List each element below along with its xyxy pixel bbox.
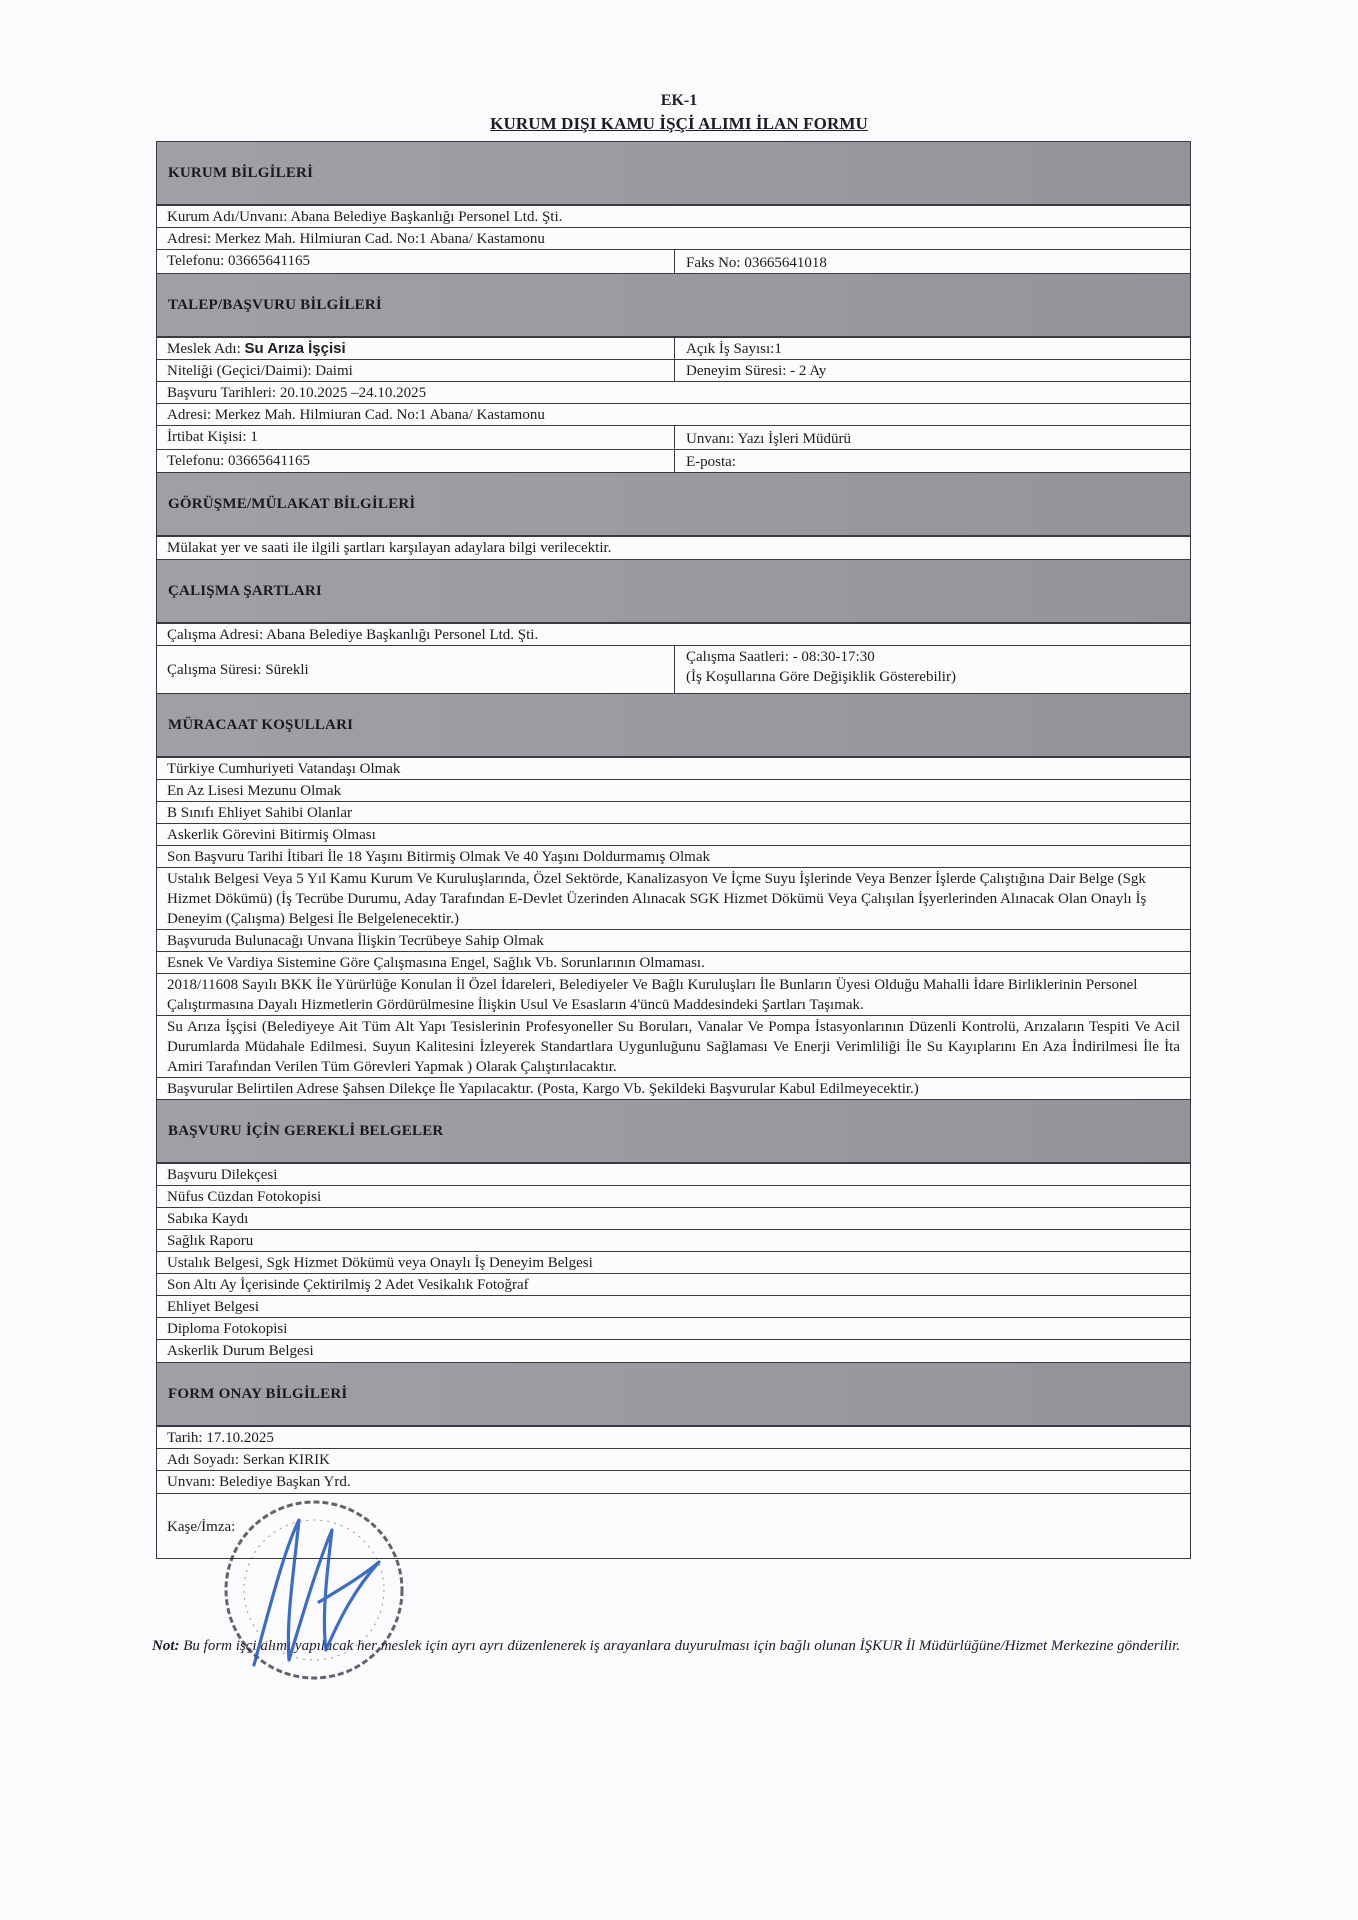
document-text: Sağlık Raporu [157,1230,1190,1251]
trial-period: Deneyim Süresi: - 2 Ay [675,360,1190,381]
document-text: Askerlik Durum Belgesi [157,1340,1190,1362]
section-request-info: TALEP/BAŞVURU BİLGİLERİ [157,274,1190,338]
request-address: Adresi: Merkez Mah. Hilmiuran Cad. No:1 … [157,404,1190,425]
approver-title: Unvanı: Belediye Başkan Yrd. [157,1471,1190,1493]
work-hours: Çalışma Saatleri: - 08:30-17:30 (İş Koşu… [675,646,1190,693]
institution-fax: Faks No: 03665641018 [675,250,1190,273]
requirement-text: Başvurular Belirtilen Adrese Şahsen Dile… [157,1078,1190,1099]
contact-person: İrtibat Kişisi: 1 [157,426,675,449]
institution-phone: Telefonu: 03665641165 [157,250,675,273]
profession-row: Meslek Adı: Su Arıza İşçisi Açık İş Sayı… [157,338,1190,360]
requirement-item: 2018/11608 Sayılı BKK İle Yürürlüğe Konu… [157,974,1190,1016]
document-text: Son Altı Ay İçerisinde Çektirilmiş 2 Ade… [157,1274,1190,1295]
requirement-text: 2018/11608 Sayılı BKK İle Yürürlüğe Konu… [157,974,1190,1015]
institution-address: Adresi: Merkez Mah. Hilmiuran Cad. No:1 … [157,228,1190,249]
approver-title-row: Unvanı: Belediye Başkan Yrd. [157,1471,1190,1494]
requirement-item: Son Başvuru Tarihi İtibari İle 18 Yaşını… [157,846,1190,868]
requirement-item: B Sınıfı Ehliyet Sahibi Olanlar [157,802,1190,824]
interview-text: Mülakat yer ve saati ile ilgili şartları… [157,537,1190,559]
footer-note: Not: Bu form işçi alımı yapılacak her me… [152,1636,1192,1656]
seal-signature-label: Kaşe/İmza: [157,1516,1190,1537]
requirement-text: Ustalık Belgesi Veya 5 Yıl Kamu Kurum Ve… [157,868,1190,929]
section-institution-info: KURUM BİLGİLERİ [157,142,1190,206]
requirement-text: Türkiye Cumhuriyeti Vatandaşı Olmak [157,758,1190,779]
application-dates-row: Başvuru Tarihleri: 20.10.2025 –24.10.202… [157,382,1190,404]
document-item: Diploma Fotokopisi [157,1318,1190,1340]
document-text: Ehliyet Belgesi [157,1296,1190,1317]
work-address-row: Çalışma Adresi: Abana Belediye Başkanlığ… [157,624,1190,646]
open-positions: Açık İş Sayısı:1 [675,338,1190,359]
application-dates: Başvuru Tarihleri: 20.10.2025 –24.10.202… [157,382,1190,403]
section-interview-info: GÖRÜŞME/MÜLAKAT BİLGİLERİ [157,473,1190,537]
requirement-item: Başvurular Belirtilen Adrese Şahsen Dile… [157,1078,1190,1100]
requirement-item: Ustalık Belgesi Veya 5 Yıl Kamu Kurum Ve… [157,868,1190,930]
approval-date: Tarih: 17.10.2025 [157,1427,1190,1448]
institution-name: Kurum Adı/Unvanı: Abana Belediye Başkanl… [157,206,1190,227]
document-item: Askerlik Durum Belgesi [157,1340,1190,1363]
requirement-item: Su Arıza İşçisi (Belediyeye Ait Tüm Alt … [157,1016,1190,1078]
approval-date-row: Tarih: 17.10.2025 [157,1427,1190,1449]
work-address: Çalışma Adresi: Abana Belediye Başkanlığ… [157,624,1190,645]
form-title: KURUM DIŞI KAMU İŞÇİ ALIMI İLAN FORMU [0,114,1358,134]
announcement-form: KURUM BİLGİLERİ Kurum Adı/Unvanı: Abana … [156,141,1191,1559]
section-application-requirements: MÜRACAAT KOŞULLARI [157,694,1190,758]
annex-label: EK-1 [0,92,1358,110]
document-item: Ehliyet Belgesi [157,1296,1190,1318]
section-required-documents: BAŞVURU İÇİN GEREKLİ BELGELER [157,1100,1190,1164]
request-address-row: Adresi: Merkez Mah. Hilmiuran Cad. No:1 … [157,404,1190,426]
document-text: Diploma Fotokopisi [157,1318,1190,1339]
document-text: Ustalık Belgesi, Sgk Hizmet Dökümü veya … [157,1252,1190,1273]
profession-label: Meslek Adı: [167,341,245,357]
requirement-item: Türkiye Cumhuriyeti Vatandaşı Olmak [157,758,1190,780]
note-text: Bu form işçi alımı yapılacak her meslek … [180,1638,1181,1654]
document-text: Nüfus Cüzdan Fotokopisi [157,1186,1190,1207]
request-email: E-posta: [675,450,1190,472]
requirement-item: En Az Lisesi Mezunu Olmak [157,780,1190,802]
requirement-text: Askerlik Görevini Bitirmiş Olması [157,824,1190,845]
document-item: Sabıka Kaydı [157,1208,1190,1230]
requirement-text: En Az Lisesi Mezunu Olmak [157,780,1190,801]
request-phone: Telefonu: 03665641165 [157,450,675,472]
seal-signature-row: Kaşe/İmza: [157,1494,1190,1558]
contact-title: Unvanı: Yazı İşleri Müdürü [675,426,1190,449]
document-item: Son Altı Ay İçerisinde Çektirilmiş 2 Ade… [157,1274,1190,1296]
requirement-text: Son Başvuru Tarihi İtibari İle 18 Yaşını… [157,846,1190,867]
contact-person-row: İrtibat Kişisi: 1 Unvanı: Yazı İşleri Mü… [157,426,1190,450]
institution-address-row: Adresi: Merkez Mah. Hilmiuran Cad. No:1 … [157,228,1190,250]
document-item: Başvuru Dilekçesi [157,1164,1190,1186]
document-item: Ustalık Belgesi, Sgk Hizmet Dökümü veya … [157,1252,1190,1274]
profession: Meslek Adı: Su Arıza İşçisi [157,338,675,359]
work-hours-value: Çalışma Saatleri: - 08:30-17:30 [686,647,1180,667]
requirement-item: Esnek Ve Vardiya Sistemine Göre Çalışmas… [157,952,1190,974]
nature-row: Niteliği (Geçici/Daimi): Daimi Deneyim S… [157,360,1190,382]
approver-name: Adı Soyadı: Serkan KIRIK [157,1449,1190,1470]
institution-name-row: Kurum Adı/Unvanı: Abana Belediye Başkanl… [157,206,1190,228]
section-form-approval: FORM ONAY BİLGİLERİ [157,1363,1190,1427]
section-working-conditions: ÇALIŞMA ŞARTLARI [157,560,1190,624]
requirement-text: Esnek Ve Vardiya Sistemine Göre Çalışmas… [157,952,1190,973]
profession-value: Su Arıza İşçisi [245,340,346,357]
job-nature: Niteliği (Geçici/Daimi): Daimi [157,360,675,381]
requirement-text: Su Arıza İşçisi (Belediyeye Ait Tüm Alt … [157,1016,1190,1077]
work-duration-row: Çalışma Süresi: Sürekli Çalışma Saatleri… [157,646,1190,694]
work-hours-note: (İş Koşullarına Göre Değişiklik Göstereb… [686,667,1180,687]
institution-contact-row: Telefonu: 03665641165 Faks No: 036656410… [157,250,1190,274]
requirement-text: B Sınıfı Ehliyet Sahibi Olanlar [157,802,1190,823]
document-item: Nüfus Cüzdan Fotokopisi [157,1186,1190,1208]
interview-row: Mülakat yer ve saati ile ilgili şartları… [157,537,1190,560]
requirement-item: Askerlik Görevini Bitirmiş Olması [157,824,1190,846]
document-item: Sağlık Raporu [157,1230,1190,1252]
note-label: Not: [152,1638,180,1654]
requirement-item: Başvuruda Bulunacağı Unvana İlişkin Tecr… [157,930,1190,952]
request-phone-row: Telefonu: 03665641165 E-posta: [157,450,1190,473]
document-text: Başvuru Dilekçesi [157,1164,1190,1185]
work-duration: Çalışma Süresi: Sürekli [157,646,675,693]
approver-name-row: Adı Soyadı: Serkan KIRIK [157,1449,1190,1471]
requirement-text: Başvuruda Bulunacağı Unvana İlişkin Tecr… [157,930,1190,951]
document-text: Sabıka Kaydı [157,1208,1190,1229]
